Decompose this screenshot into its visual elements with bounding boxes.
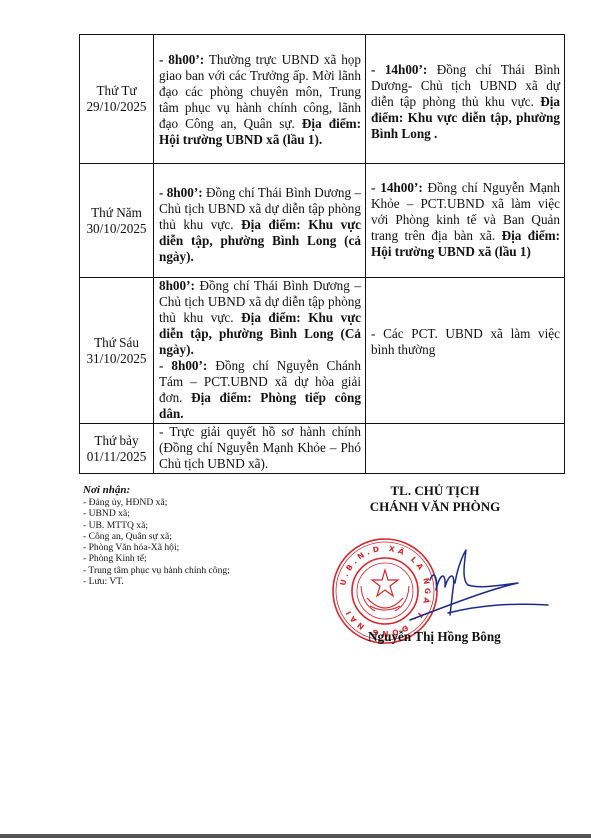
entry-time: - 8h00’: (159, 185, 203, 200)
entry-time: - 8h00’: (159, 358, 207, 373)
date-label: 01/11/2025 (82, 449, 151, 465)
schedule-entry: - 8h00’: Thường trực UBND xã họp giao ba… (159, 52, 361, 148)
viewer-bottom-edge (0, 834, 591, 838)
afternoon-cell (366, 424, 565, 474)
weekday-label: Thứ Tư (82, 83, 151, 99)
schedule-row: Thứ Tư29/10/2025- 8h00’: Thường trực UBN… (80, 35, 565, 164)
recipient-item: - Lưu: VT. (83, 576, 230, 587)
entry-time: 8h00’: (159, 278, 195, 293)
schedule-row: Thứ Năm30/10/2025 - 8h00’: Đồng chí Thái… (80, 164, 565, 278)
weekly-schedule-table: Thứ Tư29/10/2025- 8h00’: Thường trực UBN… (79, 34, 565, 474)
date-label: 29/10/2025 (82, 99, 151, 115)
schedule-row: Thứ bảy01/11/2025- Trực giải quyết hồ sơ… (80, 424, 565, 474)
schedule-entry: - 14h00’: Đồng chí Thái Bình Dương- Chủ … (371, 62, 560, 142)
date-label: 30/10/2025 (82, 221, 151, 237)
recipient-item: - Phòng Văn hóa-Xã hội; (83, 542, 230, 553)
signer-name: Nguyễn Thị Hồng Bông (368, 629, 501, 645)
entry-time: - 14h00’: (371, 180, 423, 195)
morning-cell: - 8h00’: Đồng chí Thái Bình Dương – Chủ … (154, 164, 366, 278)
entry-text: - Trực giải quyết hồ sơ hành chính (Đồng… (159, 424, 361, 471)
entry-text: - Các PCT. UBND xã làm việc bình thường (371, 326, 560, 357)
day-cell: Thứ Tư29/10/2025 (80, 35, 154, 164)
afternoon-cell: - 14h00’: Đồng chí Nguyễn Mạnh Khỏe – PC… (366, 164, 565, 278)
weekday-label: Thứ Năm (82, 205, 151, 221)
entry-time: - 14h00’: (371, 62, 427, 77)
recipient-item: - UBND xã; (83, 508, 230, 519)
schedule-entry: - 8h00’: Đồng chí Thái Bình Dương – Chủ … (159, 185, 361, 265)
weekday-label: Thứ Sáu (82, 335, 151, 351)
schedule-entry: - Trực giải quyết hồ sơ hành chính (Đồng… (159, 424, 361, 472)
day-cell: Thứ Sáu31/10/2025 (80, 278, 154, 424)
schedule-entry: - Các PCT. UBND xã làm việc bình thường (371, 326, 560, 358)
date-label: 31/10/2025 (82, 351, 151, 367)
schedule-entry: - 8h00’: Đồng chí Nguyễn Chánh Tám – PCT… (159, 358, 361, 422)
recipients-title: Nơi nhận: (83, 484, 230, 497)
schedule-entry: 8h00’: Đồng chí Thái Bình Dương – Chủ tị… (159, 278, 361, 358)
signer-position: CHÁNH VĂN PHÒNG (340, 499, 530, 515)
recipient-item: - Phòng Kinh tế; (83, 553, 230, 564)
signature-block: TL. CHỦ TỊCH CHÁNH VĂN PHÒNG (340, 483, 530, 515)
recipients-list: Nơi nhận: - Đảng ủy, HĐND xã;- UBND xã;-… (83, 484, 230, 587)
schedule-entry: - 14h00’: Đồng chí Nguyễn Mạnh Khỏe – PC… (371, 180, 560, 260)
day-cell: Thứ Năm30/10/2025 (80, 164, 154, 278)
recipient-item: - UB. MTTQ xã; (83, 520, 230, 531)
entry-time: - 8h00’: (159, 52, 204, 67)
afternoon-cell: - Các PCT. UBND xã làm việc bình thường (366, 278, 565, 424)
morning-cell: - 8h00’: Thường trực UBND xã họp giao ba… (154, 35, 366, 164)
weekday-label: Thứ bảy (82, 433, 151, 449)
schedule-row: Thứ Sáu31/10/20258h00’: Đồng chí Thái Bì… (80, 278, 565, 424)
recipient-item: - Trung tâm phục vụ hành chính công; (83, 565, 230, 576)
document-page: Thứ Tư29/10/2025- 8h00’: Thường trực UBN… (0, 0, 591, 834)
day-cell: Thứ bảy01/11/2025 (80, 424, 154, 474)
signer-authority: TL. CHỦ TỊCH (340, 483, 530, 499)
recipient-item: - Công an, Quân sự xã; (83, 531, 230, 542)
recipient-item: - Đảng ủy, HĐND xã; (83, 497, 230, 508)
morning-cell: 8h00’: Đồng chí Thái Bình Dương – Chủ tị… (154, 278, 366, 424)
handwritten-signature-icon (400, 545, 550, 625)
morning-cell: - Trực giải quyết hồ sơ hành chính (Đồng… (154, 424, 366, 474)
afternoon-cell: - 14h00’: Đồng chí Thái Bình Dương- Chủ … (366, 35, 565, 164)
